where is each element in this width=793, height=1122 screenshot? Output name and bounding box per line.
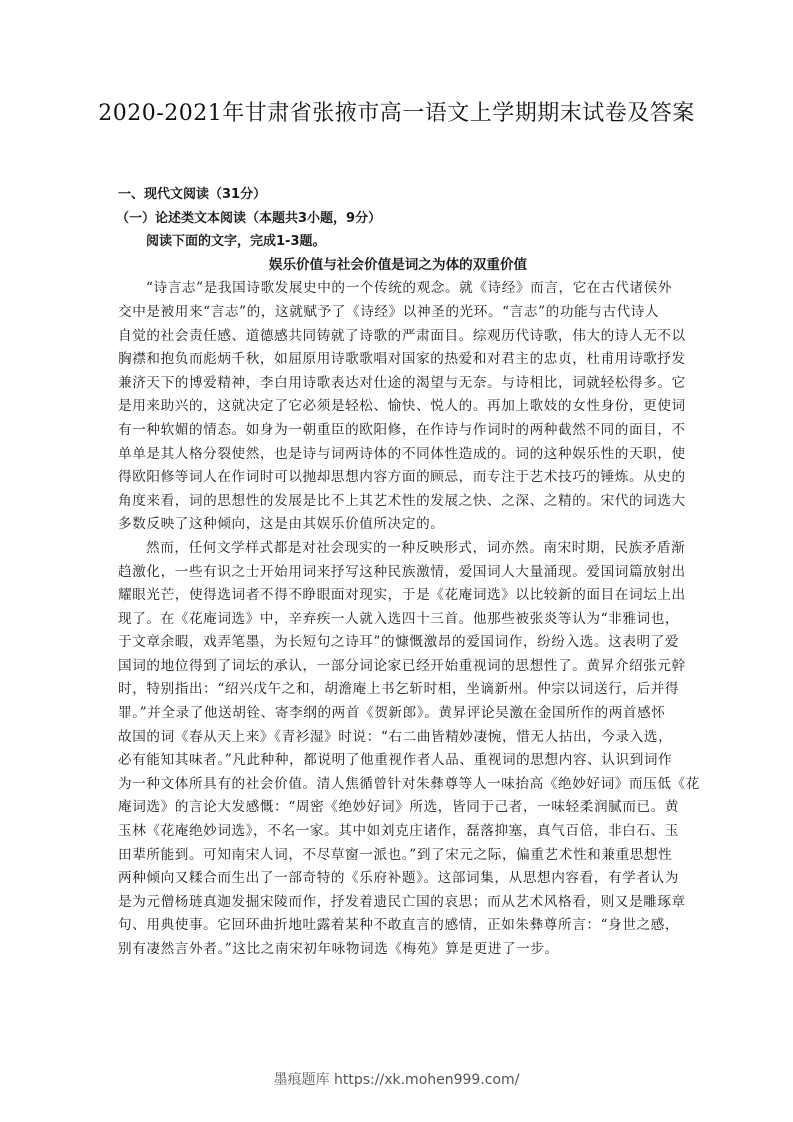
paragraph-line: 趋激化，一些有识之士开始用词来抒写这种民族激情，爱国词人大量涌现。爱国词篇放射出 <box>118 561 678 585</box>
paragraph-1: “诗言志”是我国诗歌发展史中的一个传统的观念。就《诗经》而言，它在古代诸侯外 交… <box>118 277 678 537</box>
paragraph-line: 然而，任何文学样式都是对社会现实的一种反映形式，词亦然。南宋时期，民族矛盾渐 <box>118 537 678 561</box>
paragraph-line: 胸襟和抱负而彪炳千秋，如屈原用诗歌歌唱对国家的热爱和对君主的忠贞，杜甫用诗歌抒发 <box>118 348 678 372</box>
paragraph-line: 单单是其人格分裂使然，也是诗与词两诗体的不同体性造成的。词的这种娱乐性的天职，使 <box>118 443 678 467</box>
paragraph-line: 于文章余暇，戏弄笔墨，为长短句之诗耳”的慷慨激昂的爱国词作，纷纷入选。这表明了爱 <box>118 631 678 655</box>
paragraph-2: 然而，任何文学样式都是对社会现实的一种反映形式，词亦然。南宋时期，民族矛盾渐 趋… <box>118 537 678 962</box>
paragraph-line: 得欧阳修等词人在作词时可以抛却思想内容方面的顾忌，而专注于艺术技巧的锤炼。从史的 <box>118 466 678 490</box>
paragraph-line: 罪。”并全录了他送胡铨、寄李纲的两首《贺新郎》。黄昇评论吴激在金国所作的两首感怀 <box>118 702 678 726</box>
paragraph-line: 故国的词《春从天上来》《青衫湿》时说：“右二曲皆精妙凄惋，惜无人拈出，今录入选， <box>118 726 678 750</box>
document-body: 一、现代文阅读（31分） （一）论述类文本阅读（本题共3小题，9分） 阅读下面的… <box>118 183 678 962</box>
paragraph-line: 别有凄然言外者。”这比之南宋初年咏物词选《梅苑》算是更进了一步。 <box>118 938 678 962</box>
paragraph-line: 角度来看，词的思想性的发展是比不上其艺术性的发展之快、之深、之精的。宋代的词选大 <box>118 490 678 514</box>
reading-instruction: 阅读下面的文字，完成1-3题。 <box>118 230 678 254</box>
paragraph-line: 国词的地位得到了词坛的承认，一部分词论家已经开始重视词的思想性了。黄昇介绍张元幹 <box>118 655 678 679</box>
paragraph-line: 为一种文体所具有的社会价值。清人焦循曾针对朱彝尊等人一味抬高《绝妙好词》而压低《… <box>118 773 678 797</box>
paragraph-line: 耀眼光芒，使得选词者不得不睁眼面对现实，于是《花庵词选》以比较新的面目在词坛上出 <box>118 584 678 608</box>
paragraph-line: 是为元僧杨琏真迦发掘宋陵而作，抒发着遗民亡国的哀思；而从艺术风格看，则又是雕琢章 <box>118 891 678 915</box>
paragraph-line: 多数反映了这种倾向，这是由其娱乐价值所决定的。 <box>118 513 678 537</box>
paragraph-line: 时，特别指出：“绍兴戊午之和，胡澹庵上书乞斩时相，坐谪新州。仲宗以词送行，后并得 <box>118 678 678 702</box>
paragraph-line: 句、用典使事。它回环曲折地吐露着某种不敢直言的感情，正如朱彝尊所言：“身世之感， <box>118 914 678 938</box>
paragraph-line: 田辈所能到。可知南宋人词，不尽草窗一派也。”到了宋元之际，偏重艺术性和兼重思想性 <box>118 844 678 868</box>
paragraph-line: 庵词选》的言论大发感慨：“周密《绝妙好词》所选，皆同于己者，一味轻柔润腻而已。黄 <box>118 796 678 820</box>
subsection-heading: （一）论述类文本阅读（本题共3小题，9分） <box>116 207 678 231</box>
paragraph-line: 两种倾向又糅合而生出了一部奇特的《乐府补题》。这部词集，从思想内容看，有学者认为 <box>118 867 678 891</box>
article-title: 娱乐价值与社会价值是词之为体的双重价值 <box>118 254 678 278</box>
paragraph-line: 是用来助兴的，这就决定了它必须是轻松、愉快、悦人的。再加上歌妓的女性身份，更使词 <box>118 395 678 419</box>
paragraph-line: 自觉的社会责任感、道德感共同铸就了诗歌的严肃面目。综观历代诗歌，伟大的诗人无不以 <box>118 325 678 349</box>
paragraph-line: 玉林《花庵绝妙词选》，不名一家。其中如刘克庄诸作，磊落抑塞，真气百倍，非白石、玉 <box>118 820 678 844</box>
page-title: 2020-2021年甘肃省张掖市高一语文上学期期末试卷及答案 <box>0 96 793 127</box>
paragraph-line: 交中是被用来“言志”的，这就赋予了《诗经》以神圣的光环。“言志”的功能与古代诗人 <box>118 301 678 325</box>
paragraph-line: 有一种软媚的情态。如身为一朝重臣的欧阳修，在作诗与作词时的两种截然不同的面目，不 <box>118 419 678 443</box>
section-heading: 一、现代文阅读（31分） <box>118 183 678 207</box>
paragraph-line: 必有能知其味者。”凡此种种，都说明了他重视作者人品、重视词的思想内容、认识到词作 <box>118 749 678 773</box>
watermark-footer: 墨痕题库 https://xk.mohen999.com/ <box>0 1069 793 1089</box>
paragraph-line: “诗言志”是我国诗歌发展史中的一个传统的观念。就《诗经》而言，它在古代诸侯外 <box>118 277 678 301</box>
paragraph-line: 现了。在《花庵词选》中，辛弃疾一人就入选四十三首。他那些被张炎等认为“非雅词也， <box>118 608 678 632</box>
paragraph-line: 兼济天下的博爱精神，李白用诗歌表达对仕途的渴望与无奈。与诗相比，词就轻松得多。它 <box>118 372 678 396</box>
